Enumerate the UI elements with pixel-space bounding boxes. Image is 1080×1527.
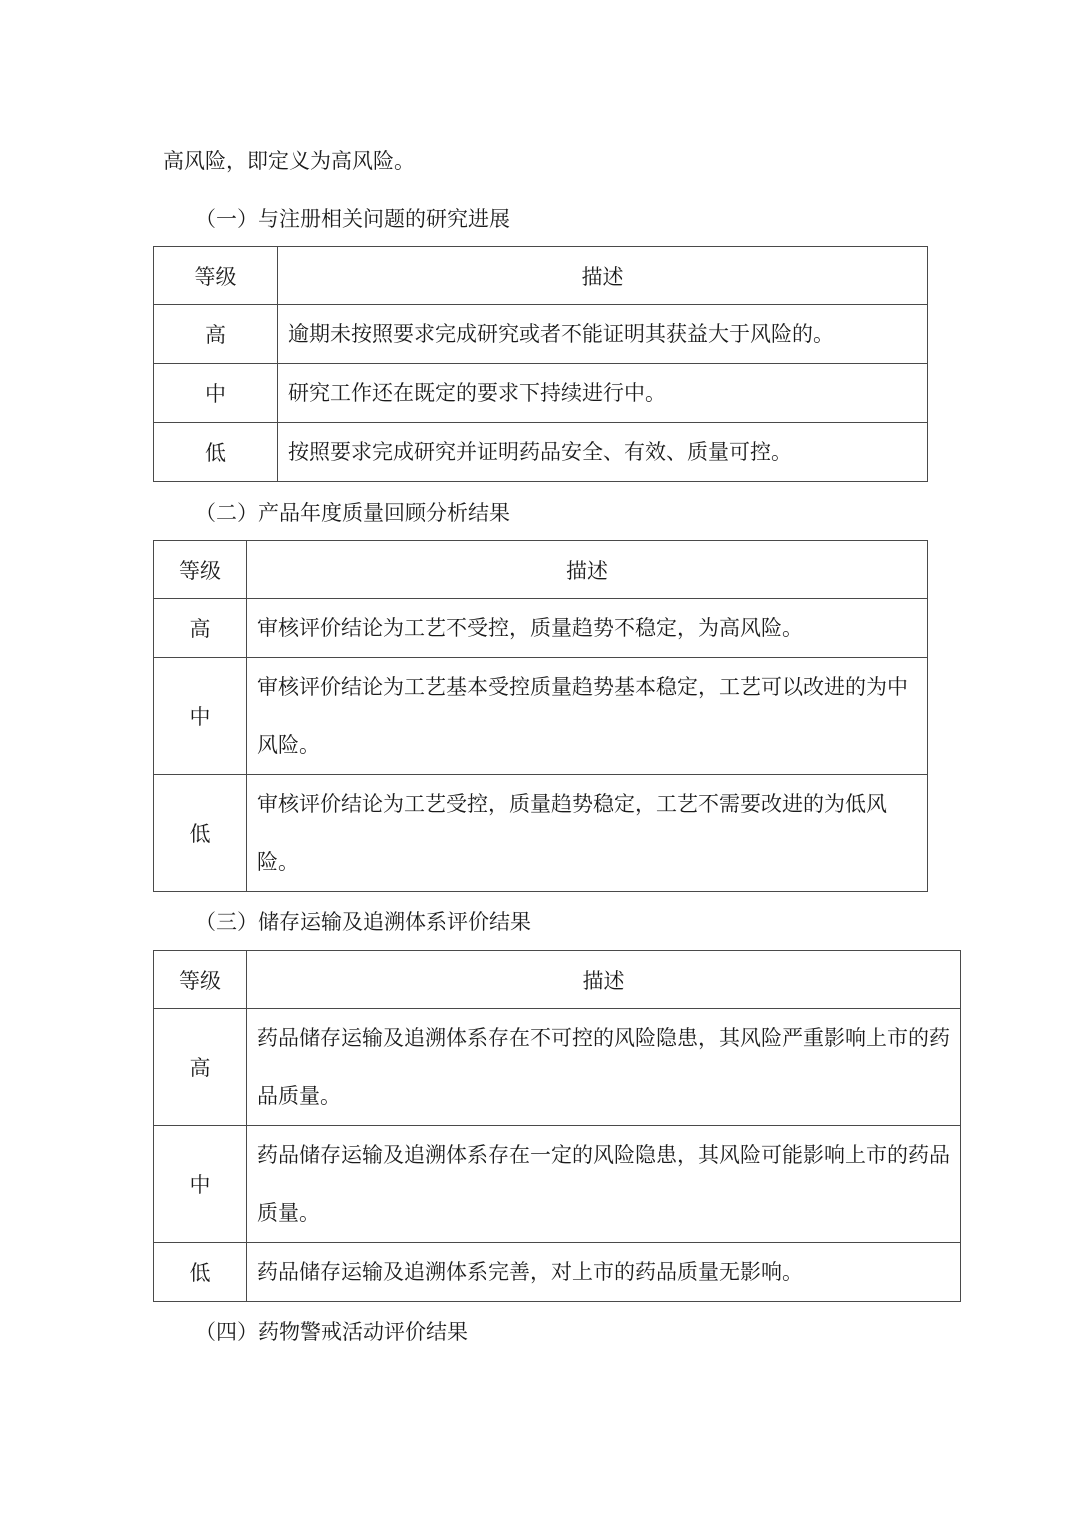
table-header-row: 等级 描述 (154, 951, 961, 1009)
description-cell: 审核评价结论为工艺受控，质量趋势稳定，工艺不需要改进的为低风险。 (247, 775, 928, 892)
section-3-heading: （三）储存运输及追溯体系评价结果 (195, 907, 531, 937)
table-row: 高 逾期未按照要求完成研究或者不能证明其获益大于风险的。 (154, 305, 928, 364)
column-header-description: 描述 (247, 951, 961, 1009)
column-header-level: 等级 (154, 247, 278, 305)
level-cell: 中 (154, 364, 278, 423)
level-cell: 高 (154, 305, 278, 364)
column-header-description: 描述 (247, 541, 928, 599)
table-row: 低 药品储存运输及追溯体系完善，对上市的药品质量无影响。 (154, 1243, 961, 1302)
table-row: 中 研究工作还在既定的要求下持续进行中。 (154, 364, 928, 423)
column-header-level: 等级 (154, 951, 247, 1009)
description-cell: 逾期未按照要求完成研究或者不能证明其获益大于风险的。 (278, 305, 928, 364)
section-1-heading: （一）与注册相关问题的研究进展 (195, 204, 510, 234)
table-row: 高 药品储存运输及追溯体系存在不可控的风险隐患，其风险严重影响上市的药品质量。 (154, 1009, 961, 1126)
level-cell: 低 (154, 423, 278, 482)
column-header-description: 描述 (278, 247, 928, 305)
description-cell: 药品储存运输及追溯体系存在一定的风险隐患，其风险可能影响上市的药品质量。 (247, 1126, 961, 1243)
description-cell: 按照要求完成研究并证明药品安全、有效、质量可控。 (278, 423, 928, 482)
level-cell: 高 (154, 1009, 247, 1126)
description-cell: 审核评价结论为工艺基本受控质量趋势基本稳定，工艺可以改进的为中风险。 (247, 658, 928, 775)
level-cell: 中 (154, 1126, 247, 1243)
intro-text: 高风险，即定义为高风险。 (163, 146, 415, 176)
level-cell: 高 (154, 599, 247, 658)
table-row: 低 审核评价结论为工艺受控，质量趋势稳定，工艺不需要改进的为低风险。 (154, 775, 928, 892)
table-row: 中 药品储存运输及追溯体系存在一定的风险隐患，其风险可能影响上市的药品质量。 (154, 1126, 961, 1243)
table-row: 高 审核评价结论为工艺不受控，质量趋势不稳定，为高风险。 (154, 599, 928, 658)
table-registration-research: 等级 描述 高 逾期未按照要求完成研究或者不能证明其获益大于风险的。 中 研究工… (153, 246, 928, 482)
description-cell: 药品储存运输及追溯体系存在不可控的风险隐患，其风险严重影响上市的药品质量。 (247, 1009, 961, 1126)
description-cell: 审核评价结论为工艺不受控，质量趋势不稳定，为高风险。 (247, 599, 928, 658)
table-storage-transport-traceability: 等级 描述 高 药品储存运输及追溯体系存在不可控的风险隐患，其风险严重影响上市的… (153, 950, 961, 1302)
section-2-heading: （二）产品年度质量回顾分析结果 (195, 498, 510, 528)
description-cell: 药品储存运输及追溯体系完善，对上市的药品质量无影响。 (247, 1243, 961, 1302)
level-cell: 低 (154, 1243, 247, 1302)
section-4-heading: （四）药物警戒活动评价结果 (195, 1317, 468, 1347)
level-cell: 低 (154, 775, 247, 892)
description-cell: 研究工作还在既定的要求下持续进行中。 (278, 364, 928, 423)
table-row: 低 按照要求完成研究并证明药品安全、有效、质量可控。 (154, 423, 928, 482)
column-header-level: 等级 (154, 541, 247, 599)
level-cell: 中 (154, 658, 247, 775)
table-header-row: 等级 描述 (154, 541, 928, 599)
table-header-row: 等级 描述 (154, 247, 928, 305)
table-row: 中 审核评价结论为工艺基本受控质量趋势基本稳定，工艺可以改进的为中风险。 (154, 658, 928, 775)
table-annual-quality-review: 等级 描述 高 审核评价结论为工艺不受控，质量趋势不稳定，为高风险。 中 审核评… (153, 540, 928, 892)
